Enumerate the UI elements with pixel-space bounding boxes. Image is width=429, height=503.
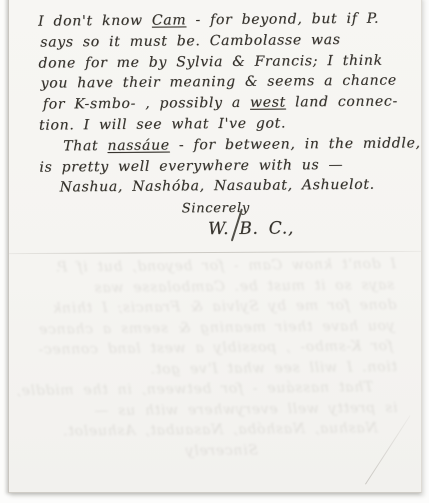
letter-page: I don't know Cam - for beyond, but if P.… [8, 0, 422, 493]
closing-sincerely: Sincerely [182, 200, 412, 220]
bleedthrough-layer: I don't know Cam - for beyond, but if P.… [26, 256, 408, 465]
bleedthrough-line: done for me by Sylvia & Francis; I think [26, 297, 396, 321]
bleedthrough-line: tion. I will see what I've got. [27, 359, 397, 383]
bleedthrough-line: for K-smbo- , possibly a west land conne… [27, 338, 393, 362]
bleedthrough-line: is pretty well everywhere with us — [27, 400, 397, 424]
bleedthrough-line: says so it must be. Cambolasse was [26, 277, 394, 301]
bleedthrough-line: Sincerely [28, 442, 258, 465]
letter-body: I don't know Cam - for beyond, but if P.… [38, 10, 412, 240]
bleedthrough-line: That nassáue - for between, in the middl… [27, 379, 373, 403]
corner-crease [365, 415, 410, 484]
bleedthrough-line: you have their meaning & seems a chance [27, 318, 395, 342]
handwriting-line: Nashua, Nashóba, Nasaubat, Ashuelot. [59, 177, 411, 201]
bleedthrough-line: I don't know Cam - for beyond, but if P. [26, 256, 396, 280]
horizontal-fold-crease [9, 251, 421, 254]
bleedthrough-line: Nashua, Nashóba, Nasaubat, Ashuelot. [28, 420, 378, 444]
scanned-letter: I don't know Cam - for beyond, but if P.… [0, 0, 429, 503]
